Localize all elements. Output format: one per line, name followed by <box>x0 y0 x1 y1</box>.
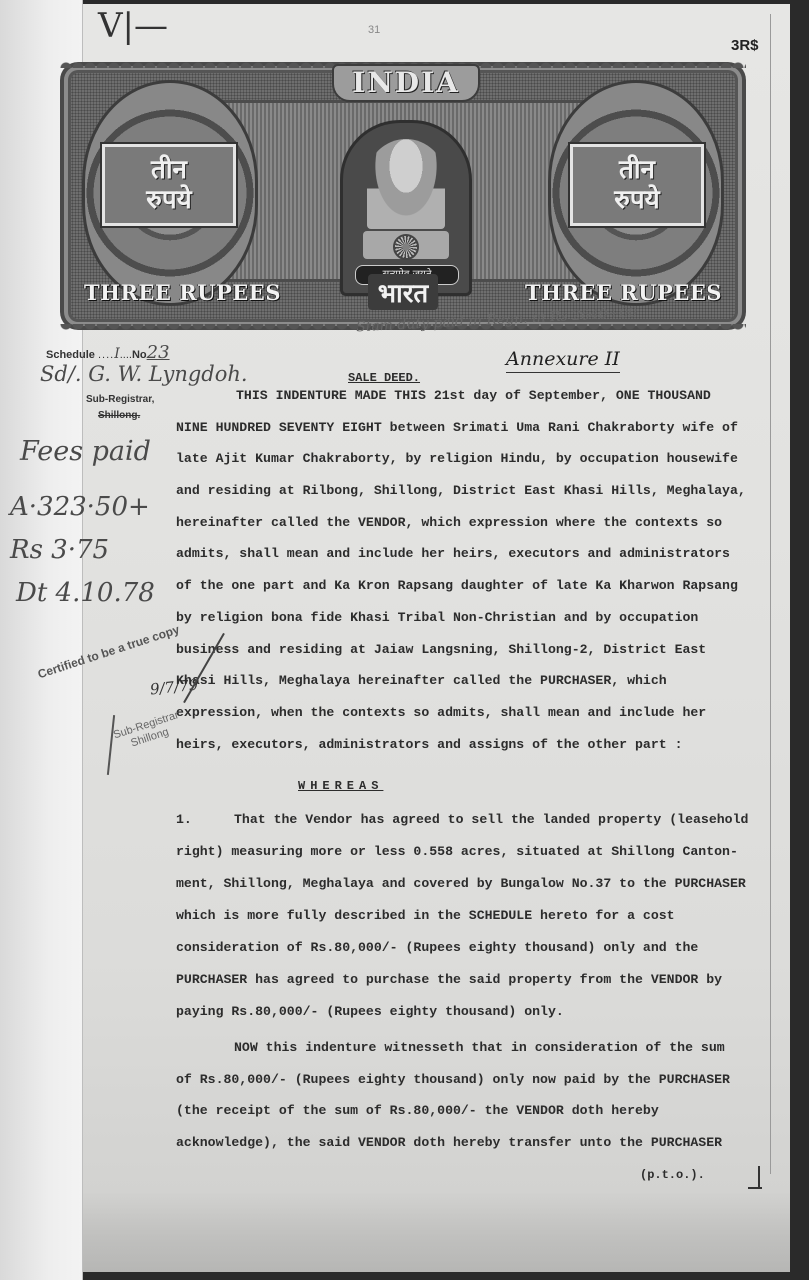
lion-capital-icon <box>367 139 445 229</box>
page-mark: 31 <box>368 24 380 36</box>
fee-amount-rs: Rs 3·75 <box>10 535 109 565</box>
body-line-3: late Ajit Kumar Chakraborty, by religion… <box>176 451 738 466</box>
fee-amount-a: A·323·50+ <box>10 492 150 522</box>
body-line-1: THIS INDENTURE MADE THIS 21st day of Sep… <box>236 388 711 403</box>
body-line-7: of the one part and Ka Kron Rapsang daug… <box>176 578 738 593</box>
schedule-line: Schedule ....I....No23 <box>46 342 170 363</box>
clause-number: 1. <box>176 812 192 827</box>
witness-line-4: acknowledge), the said VENDOR doth hereb… <box>176 1135 722 1150</box>
body-line-12: heirs, executors, administrators and ass… <box>176 737 682 752</box>
fee-date: Dt 4.10.78 <box>16 578 155 608</box>
emblem-panel: सत्यमेव जयते <box>340 120 472 296</box>
sub-registrar-label: Sub-Registrar, <box>86 394 154 405</box>
clause-line-4: which is more fully described in the SCH… <box>176 908 675 923</box>
deed-title-text: SALE DEED. <box>348 371 420 385</box>
india-banner: INDIA <box>332 64 480 102</box>
corner-mark-horizontal <box>748 1187 762 1189</box>
clause-line-5: consideration of Rs.80,000/- (Rupees eig… <box>176 940 698 955</box>
deed-title: SALE DEED. <box>348 371 420 385</box>
body-line-8: by religion bona fide Khasi Tribal Non-C… <box>176 610 698 625</box>
whereas-heading: WHEREAS <box>298 779 383 793</box>
page-shadow <box>30 1190 790 1272</box>
fees-paid-note: Fees paid <box>20 436 151 467</box>
denomination-hindi-line2: रुपये <box>614 185 659 215</box>
denomination-corner: 3R$ <box>731 37 759 54</box>
clause-line-7: paying Rs.80,000/- (Rupees eighty thousa… <box>176 1004 564 1019</box>
body-line-10: Khasi Hills, Meghalaya hereinafter calle… <box>176 673 667 688</box>
clause-line-3: ment, Shillong, Meghalaya and covered by… <box>176 876 746 891</box>
denomination-hindi-line2: रुपये <box>146 185 191 215</box>
denomination-hindi-line1: तीन <box>619 155 655 185</box>
corner-tick-mark: V|— <box>98 6 168 46</box>
witness-line-3: (the receipt of the sum of Rs.80,000/- t… <box>176 1103 659 1118</box>
schedule-no-label: No <box>132 349 147 361</box>
please-turn-over: (p.t.o.). <box>640 1168 705 1182</box>
left-denomination-box: तीन रुपये <box>102 144 236 226</box>
body-line-11: expression, when the contexts so admits,… <box>176 705 706 720</box>
three-rupees-left: THREE RUPEES <box>74 280 291 305</box>
witness-line-2: of Rs.80,000/- (Rupees eighty thousand) … <box>176 1072 730 1087</box>
schedule-prefix: Schedule <box>46 349 95 361</box>
annexure-label: Annexure II <box>506 348 620 373</box>
body-line-9: business and residing at Jaiaw Langsning… <box>176 642 706 657</box>
clause-line-1: That the Vendor has agreed to sell the l… <box>234 812 748 827</box>
body-line-2: NINE HUNDRED SEVENTY EIGHT between Srima… <box>176 420 738 435</box>
dharma-chakra-icon <box>393 234 419 260</box>
clause-line-6: PURCHASER has agreed to purchase the sai… <box>176 972 722 987</box>
registrar-signature: Sd/. G. W. Lyngdoh. <box>40 362 248 386</box>
corner-mark <box>758 1166 760 1188</box>
body-line-5: hereinafter called the VENDOR, which exp… <box>176 515 722 530</box>
right-denomination-box: तीन रुपये <box>570 144 704 226</box>
clause-line-2: right) measuring more or less 0.558 acre… <box>176 844 738 859</box>
schedule-no-value: 23 <box>147 342 170 363</box>
body-line-4: and residing at Rilbong, Shillong, Distr… <box>176 483 746 498</box>
body-line-6: admits, shall mean and include her heirs… <box>176 546 730 561</box>
whereas-heading-text: WHEREAS <box>298 779 383 793</box>
revenue-stamp: तीन रुपये तीन रुपये INDIA सत्यमेव जयते T… <box>60 62 746 330</box>
witness-line-1: NOW this indenture witnesseth that in co… <box>234 1040 725 1055</box>
denomination-hindi-line1: तीन <box>151 155 187 185</box>
bharat-label: भारत <box>368 274 438 310</box>
shillong-label: Shillong. <box>98 410 140 421</box>
three-rupees-right: THREE RUPEES <box>515 280 732 305</box>
page-edge-line <box>770 14 771 1174</box>
